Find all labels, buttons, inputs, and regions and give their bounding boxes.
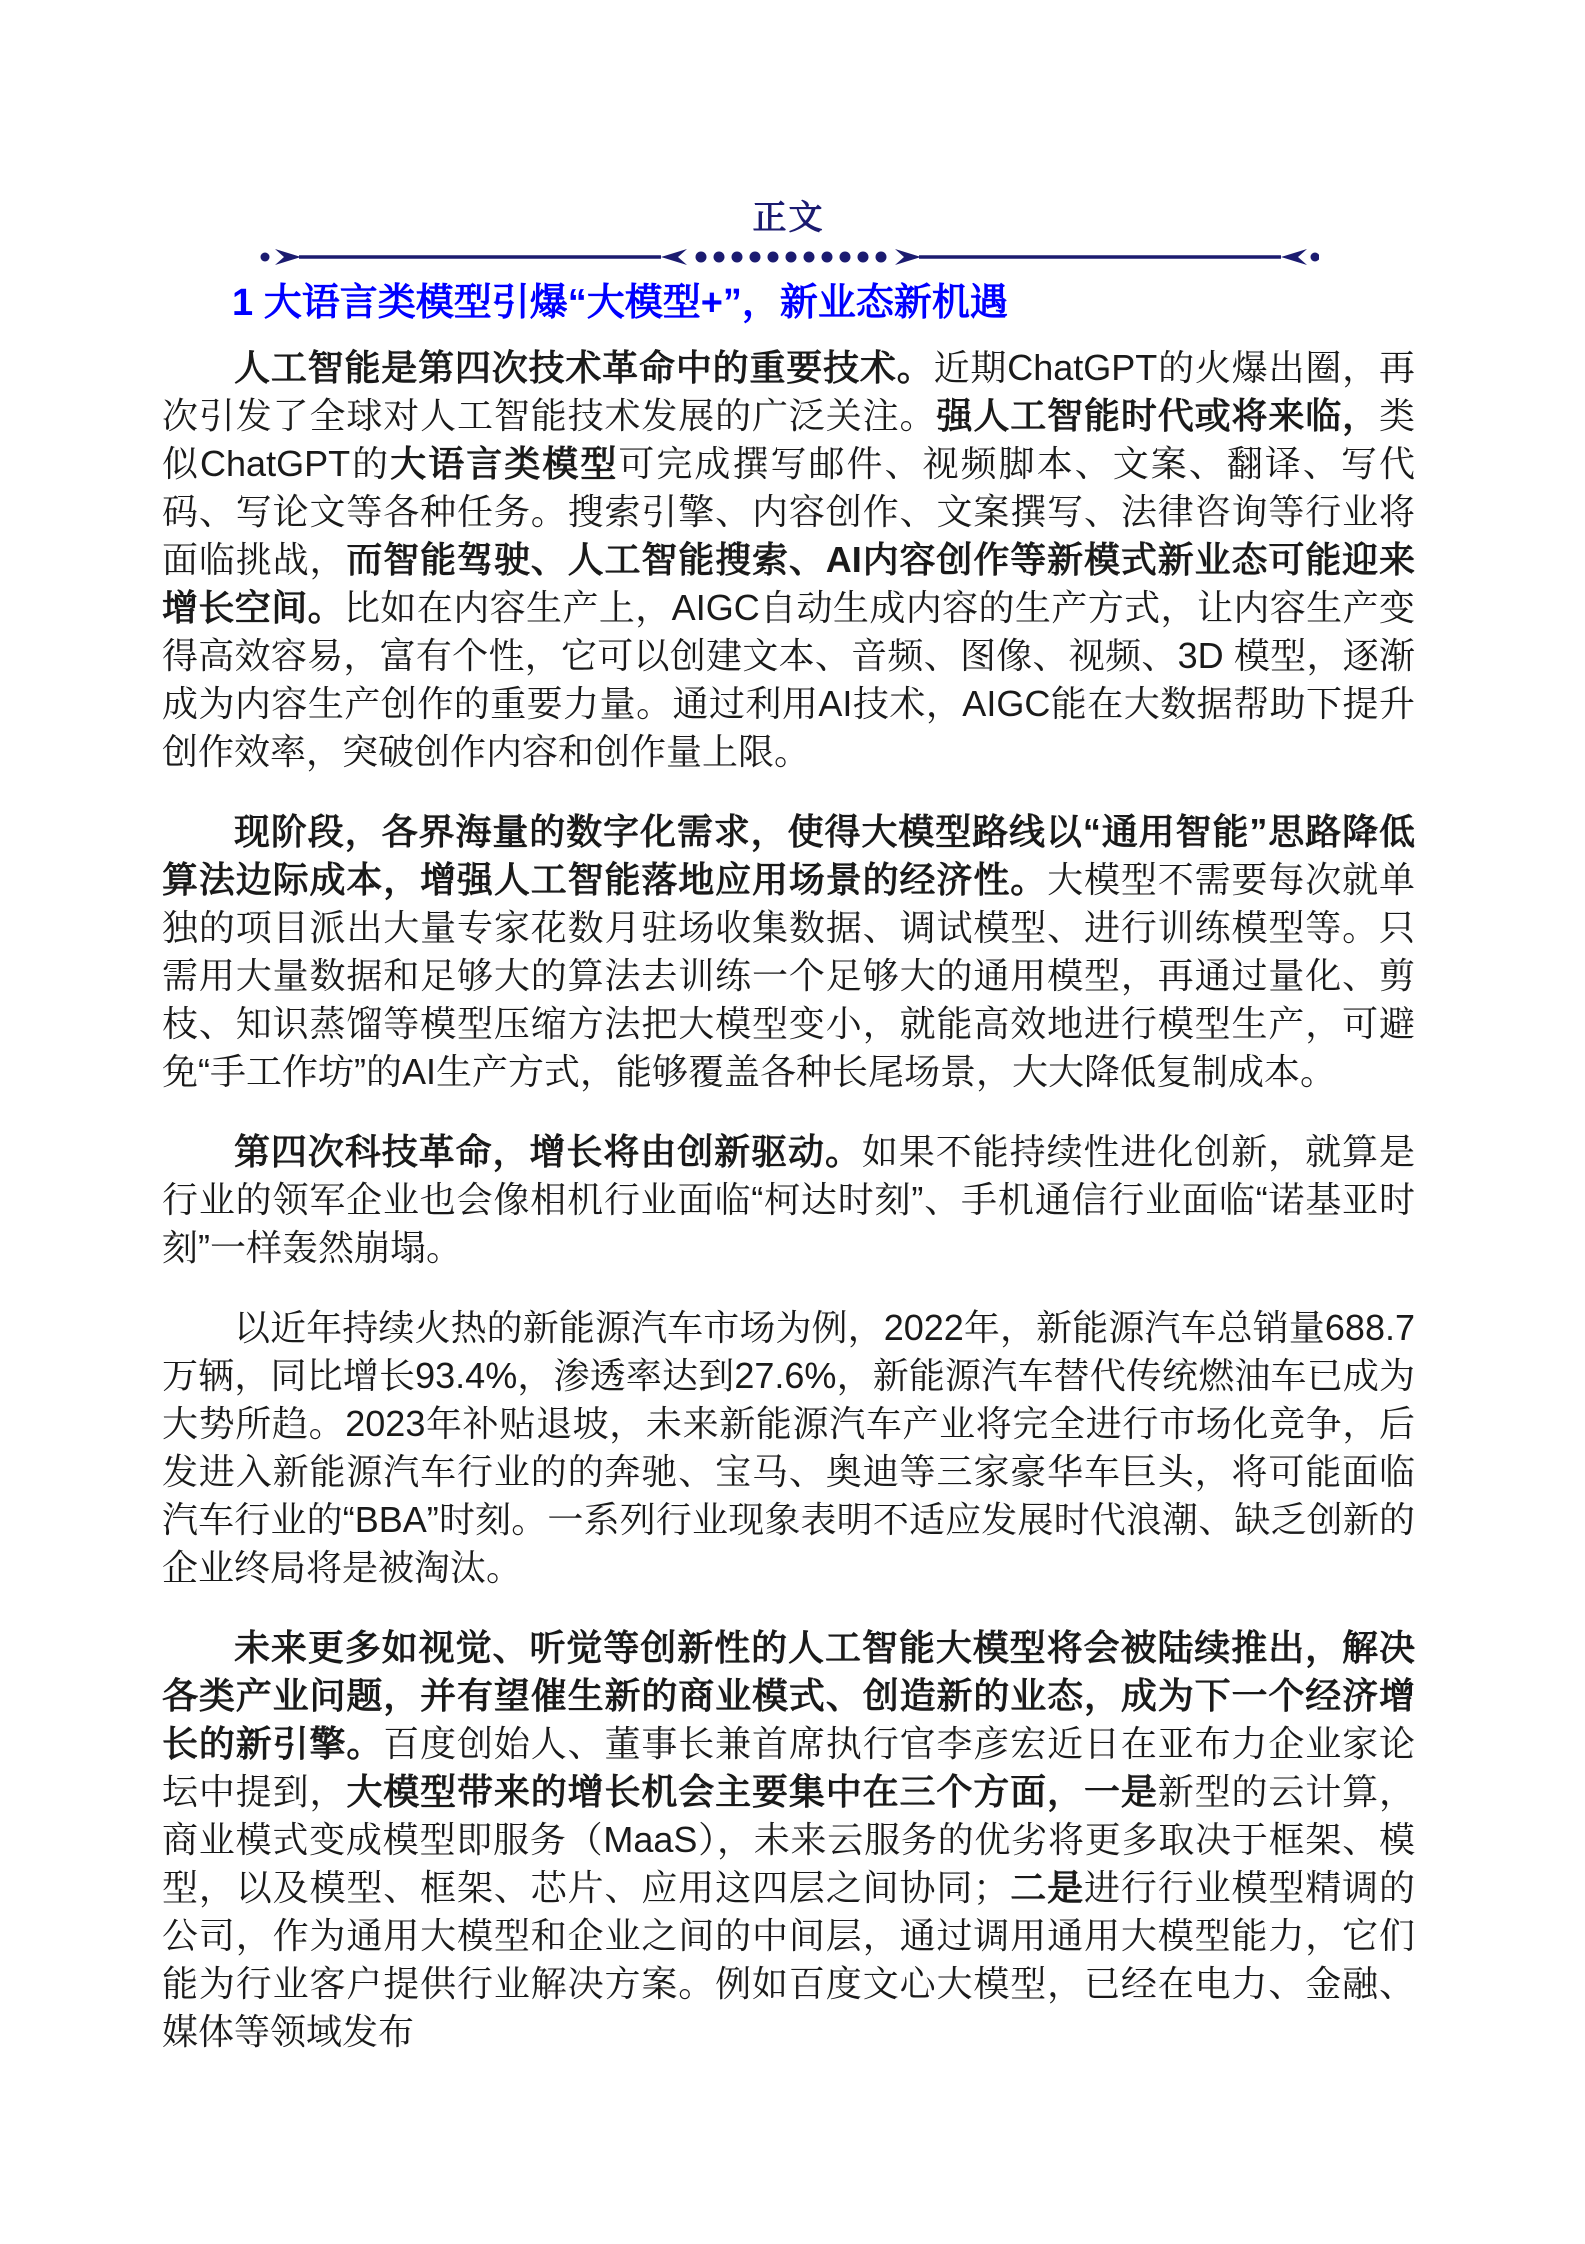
text-run: 比如在内容生产上，AIGC自动生成内容的生产方式，让内容生产变得高效容易，富有个… <box>162 587 1415 772</box>
bold-run: 大语言类模型 <box>390 443 618 484</box>
document-page: 正文 <box>0 0 1585 2244</box>
bold-run: 人工智能是第四次技术革命中的重要技术。 <box>234 347 934 388</box>
chapter-heading: 1 大语言类模型引爆“大模型+”，新业态新机遇 <box>232 280 1415 326</box>
divider-ornament-icon <box>259 248 1319 266</box>
paragraph: 人工智能是第四次技术革命中的重要技术。近期ChatGPT的火爆出圈，再次引发了全… <box>162 344 1415 776</box>
paragraph: 未来更多如视觉、听觉等创新性的人工智能大模型将会被陆续推出，解决各类产业问题，并… <box>162 1624 1415 2056</box>
page-content: 正文 <box>0 0 1585 2056</box>
bold-run: 第四次科技革命，增长将由创新驱动。 <box>234 1131 862 1172</box>
paragraph: 以近年持续火热的新能源汽车市场为例，2022年，新能源汽车总销量688.7万辆，… <box>162 1304 1415 1592</box>
section-title: 正文 <box>162 196 1415 240</box>
text-run: 以近年持续火热的新能源汽车市场为例，2022年，新能源汽车总销量688.7万辆，… <box>162 1307 1415 1588</box>
bold-run: 强人工智能时代或将来临， <box>936 395 1379 436</box>
paragraph: 第四次科技革命，增长将由创新驱动。如果不能持续性进化创新，就算是行业的领军企业也… <box>162 1128 1415 1272</box>
paragraph: 现阶段，各界海量的数字化需求，使得大模型路线以“通用智能”思路降低算法边际成本，… <box>162 808 1415 1096</box>
body-text: 人工智能是第四次技术革命中的重要技术。近期ChatGPT的火爆出圈，再次引发了全… <box>162 344 1415 2056</box>
decorative-divider <box>259 248 1319 266</box>
bold-run: 大模型带来的增长机会主要集中在三个方面，一是 <box>346 1771 1157 1812</box>
bold-run: 二是 <box>1009 1867 1084 1908</box>
